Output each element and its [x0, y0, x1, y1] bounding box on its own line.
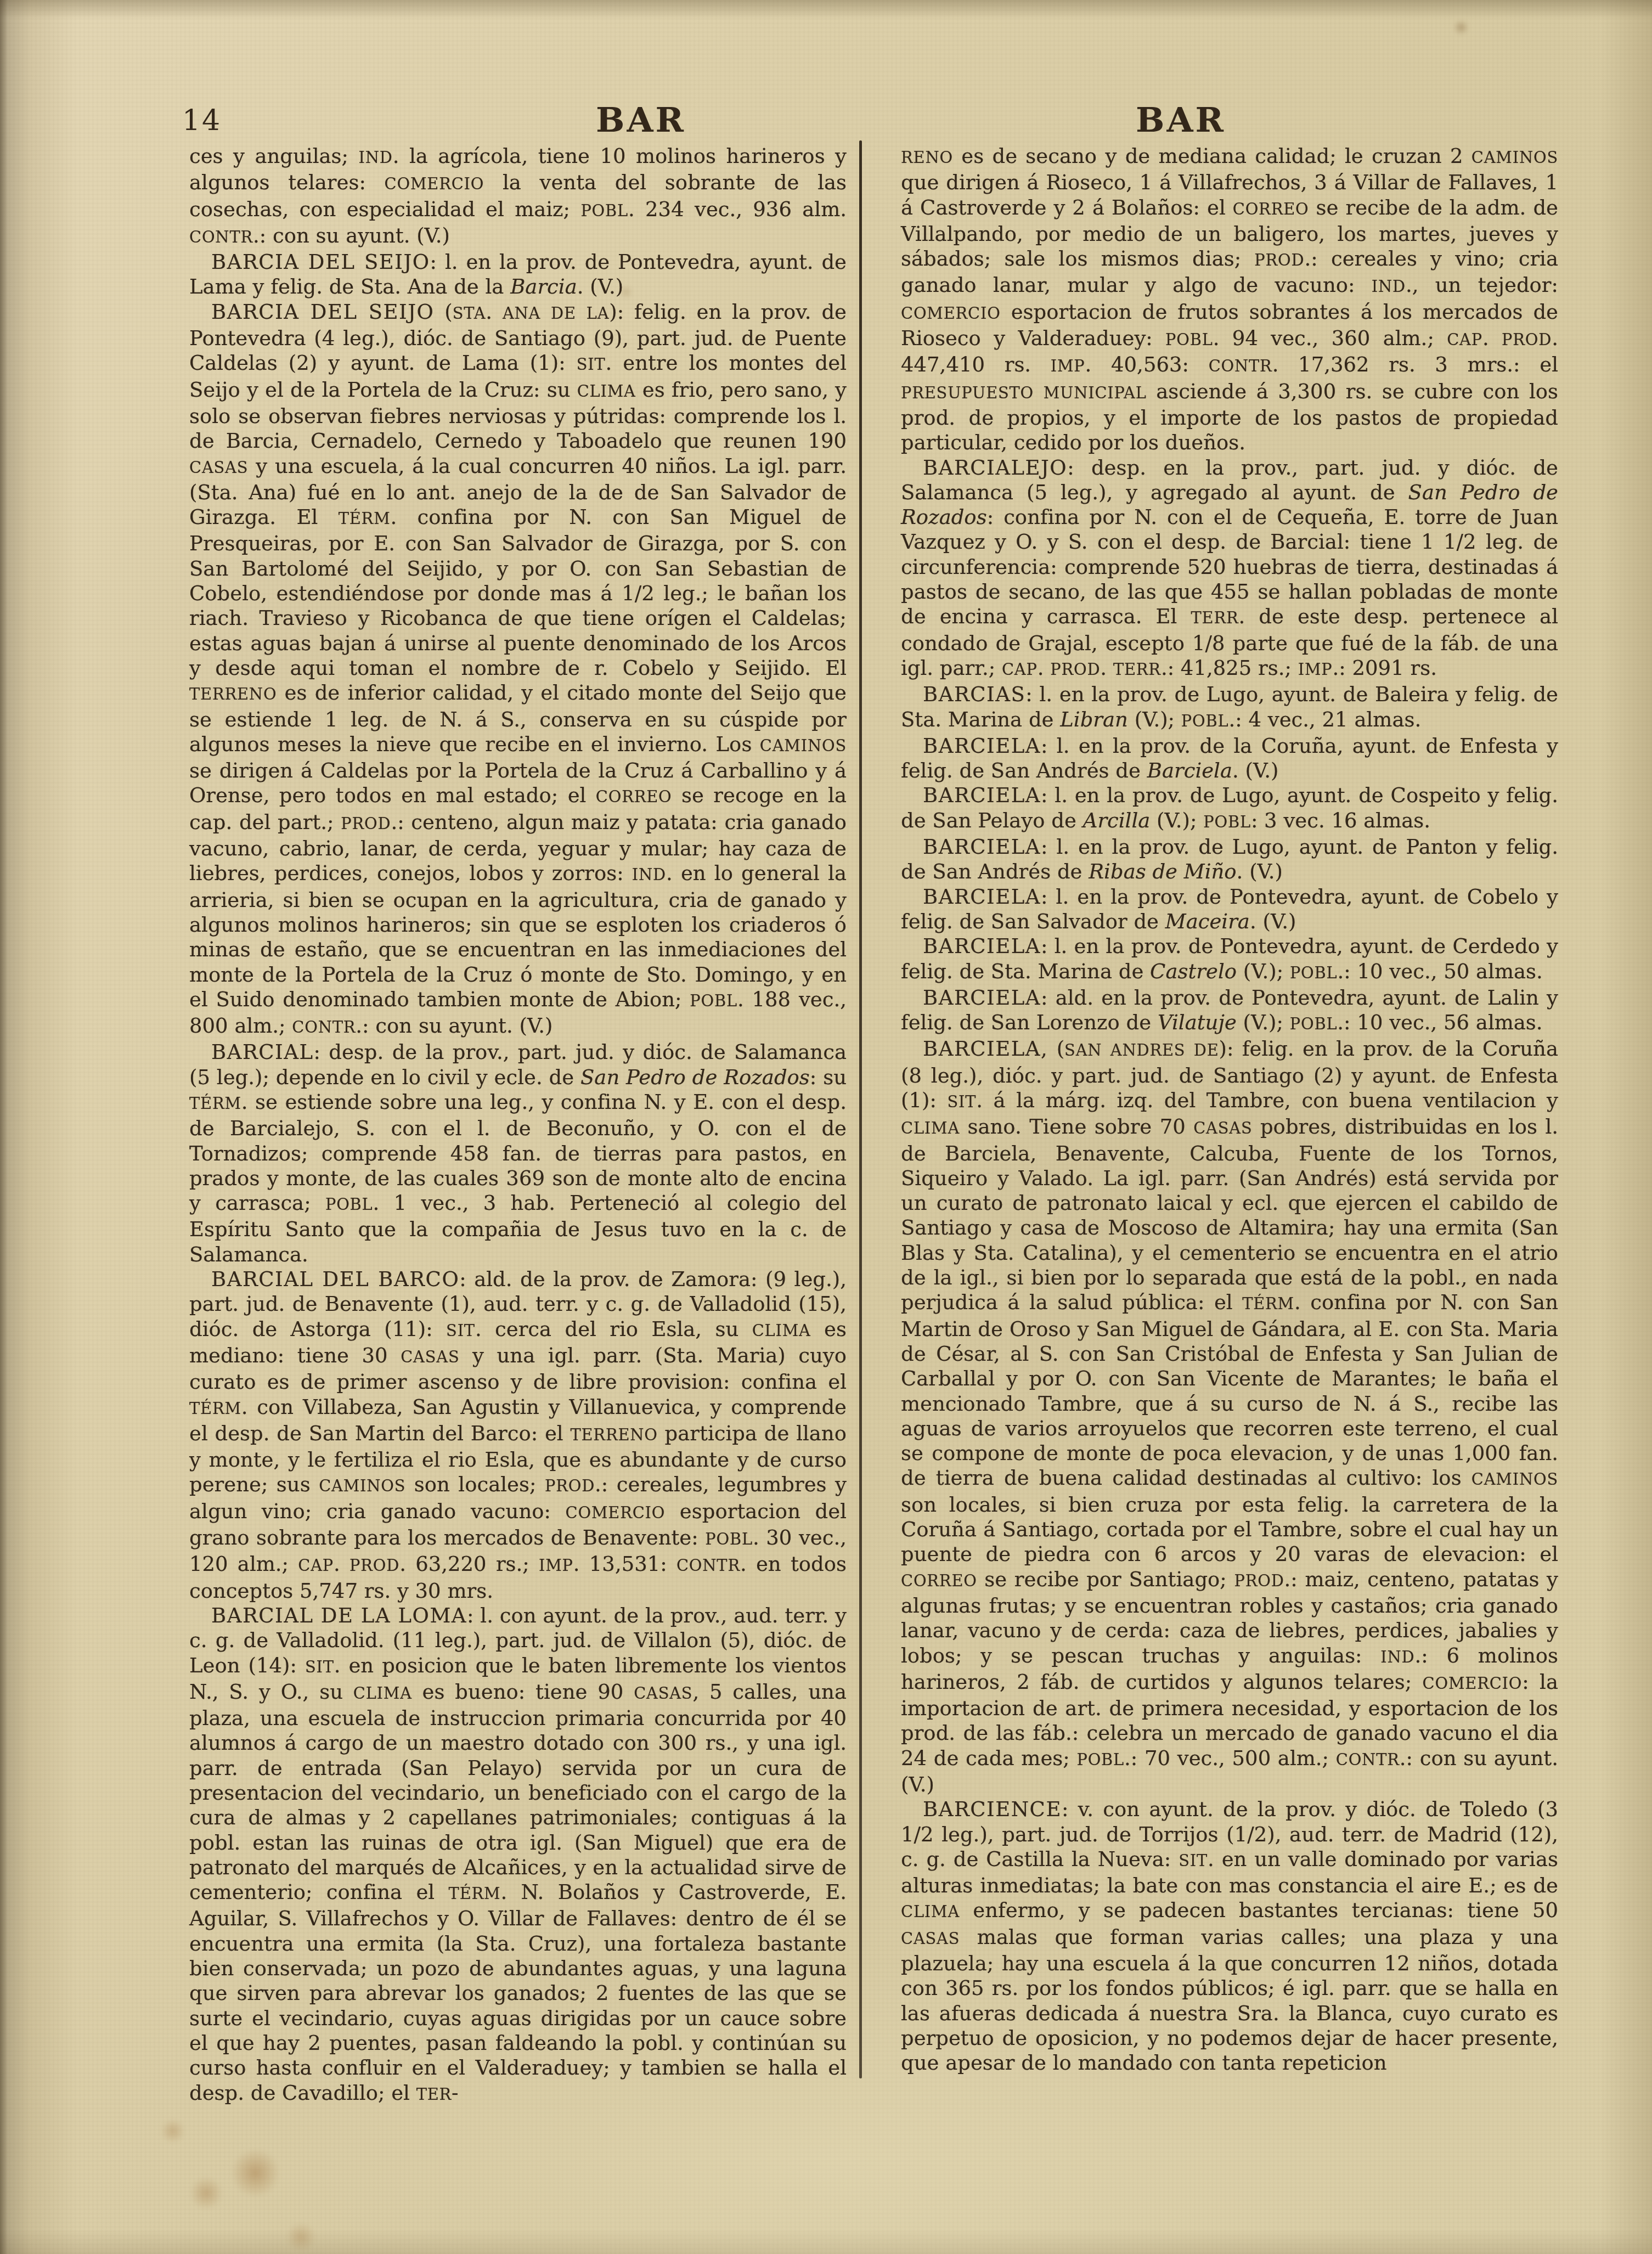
entry-headword: BARCIAS	[923, 683, 1025, 706]
text-column-left: ces y anguilas; IND. la agrícola, tiene …	[189, 144, 847, 2107]
dictionary-entry: BARCIELA: ald. en la prov. de Pontevedra…	[901, 985, 1558, 1037]
page-number: 14	[182, 104, 222, 137]
entry-headword: BARCIAL DE LA LOMA	[211, 1604, 467, 1627]
dictionary-entry: BARCIAS: l. en la prov. de Lugo, ayunt. …	[901, 682, 1558, 734]
dictionary-entry: BARCIELA: l. en la prov. de Lugo, ayunt.…	[901, 835, 1558, 884]
entry-headword: BARCIAL DEL BARCO	[211, 1267, 459, 1291]
dictionary-entry: BARCIAL DEL BARCO: ald. de la prov. de Z…	[189, 1267, 847, 1603]
dictionary-entry: RENO es de secano y de mediana calidad; …	[901, 144, 1558, 455]
dictionary-entry: ces y anguilas; IND. la agrícola, tiene …	[189, 144, 847, 250]
entry-headword: BARCIELA	[923, 885, 1041, 909]
entry-headword: BARCIELA	[923, 986, 1041, 1010]
entry-headword: BARCIELA	[923, 934, 1041, 958]
entry-headword: BARCIALEJO	[923, 456, 1067, 480]
dictionary-entry: BARCIALEJO: desp. en la prov., part. jud…	[901, 455, 1558, 683]
dictionary-entry: BARCIELA: l. en la prov. de Pontevedra, …	[901, 934, 1558, 985]
dictionary-entry: BARCIELA: l. en la prov. de Lugo, ayunt.…	[901, 783, 1558, 835]
dictionary-entry: BARCIA DEL SEIJO (STA. ANA DE LA): felig…	[189, 300, 847, 1040]
book-page: 14 BAR BAR ces y anguilas; IND. la agríc…	[0, 0, 1652, 2254]
entry-headword: BARCIA DEL SEIJO	[211, 250, 430, 274]
column-divider	[859, 140, 862, 2078]
dictionary-entry: BARCIELA, (SAN ANDRES DE): felig. en la …	[901, 1036, 1558, 1797]
dictionary-entry: BARCIELA: l. en la prov. de la Coruña, a…	[901, 734, 1558, 784]
running-head-right: BAR	[1136, 100, 1226, 140]
entry-headword: BARCIA DEL SEIJO	[211, 300, 434, 324]
dictionary-entry: BARCIELA: l. en la prov. de Pontevedra, …	[901, 884, 1558, 934]
entry-headword: BARCIENCE	[923, 1797, 1062, 1821]
paper-stain	[189, 2177, 223, 2209]
paper-stain	[229, 2150, 281, 2196]
paper-stain	[160, 2119, 185, 2143]
text-column-right: RENO es de secano y de mediana calidad; …	[901, 144, 1558, 2076]
entry-headword: BARCIELA	[923, 835, 1041, 859]
paper-stain	[1453, 20, 1469, 35]
entry-headword: BARCIELA	[923, 734, 1041, 758]
dictionary-entry: BARCIA DEL SEIJO: l. en la prov. de Pont…	[189, 250, 847, 300]
dictionary-entry: BARCIENCE: v. con ayunt. de la prov. y d…	[901, 1797, 1558, 2075]
paper-stain	[285, 2223, 317, 2251]
dictionary-entry: BARCIAL: desp. de la prov., part. jud. y…	[189, 1040, 847, 1267]
entry-headword: BARCIAL	[211, 1040, 314, 1064]
entry-headword: BARCIELA	[923, 784, 1041, 807]
running-head-left: BAR	[596, 100, 686, 140]
entry-headword: BARCIELA,	[923, 1037, 1048, 1061]
dictionary-entry: BARCIAL DE LA LOMA: l. con ayunt. de la …	[189, 1603, 847, 2107]
